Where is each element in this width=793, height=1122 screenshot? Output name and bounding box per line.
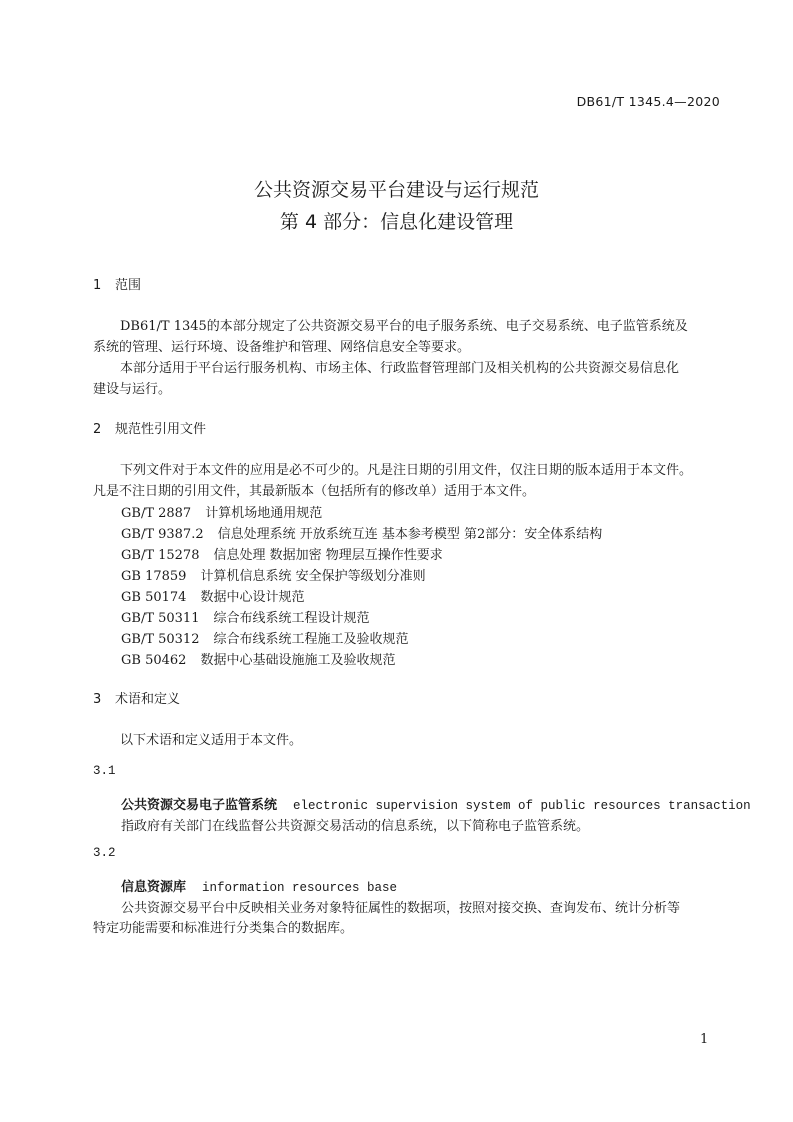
reference-title: 数据中心设计规范 [200,590,304,605]
term-number: 3.2 [93,846,116,860]
reference-code: GB/T 50311 [121,611,199,626]
reference-item: GB/T 9387.2信息处理系统 开放系统互连 基本参考模型 第2部分：安全体… [121,523,602,542]
reference-code: GB 50174 [121,590,186,605]
reference-code: GB/T 9387.2 [121,527,204,542]
reference-code: GB 50462 [121,653,186,668]
page-number: 1 [700,1032,708,1047]
section-number: 2 [93,422,115,437]
term-zh: 信息资源库 [121,880,186,895]
term-number: 3.1 [93,764,116,778]
reference-title: 计算机信息系统 安全保护等级划分准则 [200,569,425,584]
section-title: 规范性引用文件 [115,422,206,437]
term-definition-line-1: 公共资源交易平台中反映相关业务对象特征属性的数据项，按照对接交换、查询发布、统计… [121,897,680,916]
reference-code: GB/T 15278 [121,548,199,563]
reference-code: GB 17859 [121,569,186,584]
section-heading-1: 1范围 [93,274,141,293]
term-en: information resources base [202,881,397,895]
scope-paragraph-1-line-1: DB61/T 1345的本部分规定了公共资源交易平台的电子服务系统、电子交易系统… [93,316,688,338]
reference-title: 信息处理 数据加密 物理层互操作性要求 [213,548,442,563]
reference-item: GB/T 50311综合布线系统工程设计规范 [121,607,370,626]
term-definition: 指政府有关部门在线监督公共资源交易活动的信息系统，以下简称电子监管系统。 [121,815,589,834]
term-en: electronic supervision system of public … [293,799,751,813]
terms-intro: 以下术语和定义适用于本文件。 [93,730,302,752]
term-entry: 公共资源交易电子监管系统electronic supervision syste… [121,794,751,813]
reference-title: 综合布线系统工程设计规范 [213,611,369,626]
term-zh: 公共资源交易电子监管系统 [121,798,277,813]
reference-title: 信息处理系统 开放系统互连 基本参考模型 第2部分：安全体系结构 [218,527,603,542]
reference-title: 综合布线系统工程施工及验收规范 [213,632,408,647]
section-number: 3 [93,692,115,707]
reference-item: GB/T 2887计算机场地通用规范 [121,502,322,521]
reference-code: GB/T 50312 [121,632,199,647]
term-definition-line-2: 特定功能需要和标准进行分类集合的数据库。 [93,918,353,940]
references-intro-line-1: 下列文件对于本文件的应用是必不可少的。凡是注日期的引用文件，仅注日期的版本适用于… [93,460,692,482]
reference-item: GB/T 15278信息处理 数据加密 物理层互操作性要求 [121,544,443,563]
section-number: 1 [93,278,115,293]
section-title: 范围 [115,278,141,293]
document-subtitle: 第 4 部分：信息化建设管理 [0,207,793,234]
reference-code: GB/T 2887 [121,506,191,521]
scope-paragraph-2-line-1: 本部分适用于平台运行服务机构、市场主体、行政监督管理部门及相关机构的公共资源交易… [93,358,679,380]
reference-item: GB/T 50312综合布线系统工程施工及验收规范 [121,628,409,647]
reference-item: GB 50174数据中心设计规范 [121,586,304,605]
reference-title: 数据中心基础设施施工及验收规范 [200,653,395,668]
document-code: DB61/T 1345.4—2020 [577,94,720,109]
section-heading-3: 3术语和定义 [93,688,180,707]
term-entry: 信息资源库information resources base [121,876,397,895]
scope-paragraph-2-line-2: 建设与运行。 [93,379,171,401]
document-title: 公共资源交易平台建设与运行规范 [0,175,793,202]
references-intro-line-2: 凡是不注日期的引用文件，其最新版本（包括所有的修改单）适用于本文件。 [93,481,535,503]
scope-paragraph-1-line-2: 系统的管理、运行环境、设备维护和管理、网络信息安全等要求。 [93,337,470,359]
reference-item: GB 50462数据中心基础设施施工及验收规范 [121,649,395,668]
section-title: 术语和定义 [115,692,180,707]
reference-title: 计算机场地通用规范 [205,506,322,521]
reference-item: GB 17859计算机信息系统 安全保护等级划分准则 [121,565,426,584]
section-heading-2: 2规范性引用文件 [93,418,206,437]
